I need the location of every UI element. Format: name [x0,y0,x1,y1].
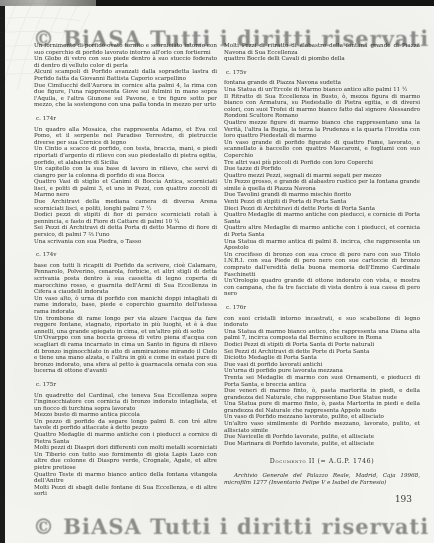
inventory-entry: Diciotto Medaglie di Porta Santa [224,355,420,362]
document-heading: Documento II (= A.G.P. 1746) [224,459,420,466]
inventory-entry: Un'Orologio quadro grande di ottone indo… [224,278,420,298]
inventory-entry: Un'Ovarppo con una boccia grossa di vetr… [34,335,217,375]
scan-edge-bar [0,0,5,543]
inventory-entry: Un quadretto del Cardinal, che teneva Su… [34,393,217,413]
inventory-entry: Un vaso di Porfido mezzano lavorato, pul… [224,414,420,421]
inventory-entry: Molti Pezzi di sbagli delle fontane di S… [34,485,217,498]
inventory-entry: Un'altro vaso similmente di Porfido mezz… [224,421,420,434]
inventory-entry: Un capitello con la sua base di lavoro i… [34,166,217,179]
inventory-entry: quattro Boccle delli Cavali di piombo de… [224,56,420,63]
inventory-entry: Due Cimilucchi dell'Aurora in cornice al… [34,83,217,109]
inventory-entry: Due vasi di porfido lavorati antichi [224,362,420,369]
inventory-entry: Due veneri di marmo finto, ò, pasta mart… [224,388,420,401]
inventory-entry: Un pezzo di porfido da segare longo palm… [34,419,217,432]
inventory-entry: Un vaso grande di porfido figurato di qu… [224,140,420,160]
inventory-entry: Quattro Medaglie di marmo antiche con pi… [224,212,420,225]
folio-header: c. 175v [226,70,420,77]
inventory-entry: Sei Pezzi di Architravi di detta Porta d… [34,225,217,238]
inventory-entry: Alcuni scampoli di Porfido avanzati dall… [34,69,217,82]
inventory-entry: Due Navicelle di Porfido lavorate, pulit… [224,434,420,441]
inventory-entry: Due Tavolini grandi di marmo mischio fio… [224,192,420,199]
inventory-entry: Una Statua pure di marmo finto, ò, pasta… [224,401,420,414]
inventory-entry: Quattro mezze figure di marmo bianco che… [224,120,420,140]
inventory-entry: Quattro Vasi di stiglio et Canimi di Boc… [34,179,217,199]
folio-header: c. 176r [226,305,420,312]
folio-header: c. 174r [36,116,217,123]
inventory-entry: Un'urna di porfido pure lavorata mezzana [224,368,420,375]
inventory-entry: Un Cintio a scacco di porfido, con testa… [34,146,217,166]
inventory-entry: Un quadro alla Mosaica, che rappresenta … [34,127,217,147]
folio-header: c. 175r [36,382,217,389]
inventory-entry: base con tutti li ricapiti di Porfido da… [34,263,217,296]
inventory-entry: Dodici Pezzi di stipiti di Porta Santa d… [224,342,420,349]
inventory-entry: Due Marinara di Porfido lavorate, pulite… [224,441,420,448]
inventory-entry: Mezzo busto di marmo antica piccola [34,412,217,419]
inventory-entry: Un crocifisso di bronzo con sua croce di… [224,252,420,278]
inventory-entry: Un Globo di vetro con suo piede dentro à… [34,56,217,69]
inventory-entry: Dodici pezzi di stipiti di fior di persi… [34,212,217,225]
watermark-bottom: © BiASA Tutti i diritti riservati [33,514,429,539]
left-text-column: Un fornimento di porfido ovato tornito e… [34,43,217,498]
inventory-entry: Una Statua di marmo bianco antico, che r… [224,329,420,342]
inventory-entry: Una Statua di un'Ercole di Marmo bianco … [224,87,420,94]
inventory-entry: Un trombone di rame longo per via alzare… [34,316,217,336]
inventory-entry: Molti pezzi di Diaspri dori differenti c… [34,445,217,452]
scan-top-bar-gray [0,0,96,6]
inventory-entry: con suoi cristalli intorno incastrati, e… [224,316,420,329]
inventory-entry: Due tazze di Porfido [224,166,420,173]
inventory-entry: Trenta sei Medaglie di marmo con suoi Or… [224,375,420,388]
inventory-entry: fontana grande di Piazza Navona sudetta [224,80,420,87]
inventory-entry: Quattro altre Medaglie di marmo antiche … [224,225,420,238]
page-number: 193 [395,495,412,505]
inventory-entry: Due Architravi della mediana camera di d… [34,199,217,212]
inventory-entry: Un Tiberio con tutto suo fornimento di g… [34,452,217,472]
scan-top-bar [96,0,434,6]
archive-note: Archivio Generale del Palazzo Reale, Mad… [224,473,420,486]
inventory-entry: Tre altri vasi più piccoli di Porfido co… [224,160,420,167]
inventory-entry: Un vaso alto, ò urna di porfido con mani… [34,296,217,316]
inventory-entry: Una Statua di marmo antica di palmi 8. i… [224,239,420,252]
inventory-entry: Quattro Teste di marmo bianco antico del… [34,472,217,485]
inventory-entry: Quattro mezzi Pezzi, segnali di marmi se… [224,173,420,180]
inventory-entry: Un fornimento di porfido ovato tornito e… [34,43,217,56]
folio-header: c. 174v [36,252,217,259]
inventory-entry: Un Pezzo grosso, e grande di alabastro r… [224,179,420,192]
inventory-entry: Sei Pezzi di Architravi di dette Porte d… [224,349,420,356]
inventory-entry: Quattro Medaglie di marmo antiche con i … [34,432,217,445]
inventory-entry: Una scrivania con sua Piedra, o Tasso [34,239,217,246]
inventory-entry: Molti Pezzi di ritratto di alabastro del… [224,43,420,56]
inventory-entry: Il Ritratto di Sua Eccellenza in Busto, … [224,94,420,120]
right-text-column: Molti Pezzi di ritratto di alabastro del… [224,43,420,486]
inventory-entry: Dieci Pezzi di Architravi di dette Porte… [224,206,420,213]
inventory-entry: Venti Pezzi di stipiti di Porta di Porta… [224,199,420,206]
